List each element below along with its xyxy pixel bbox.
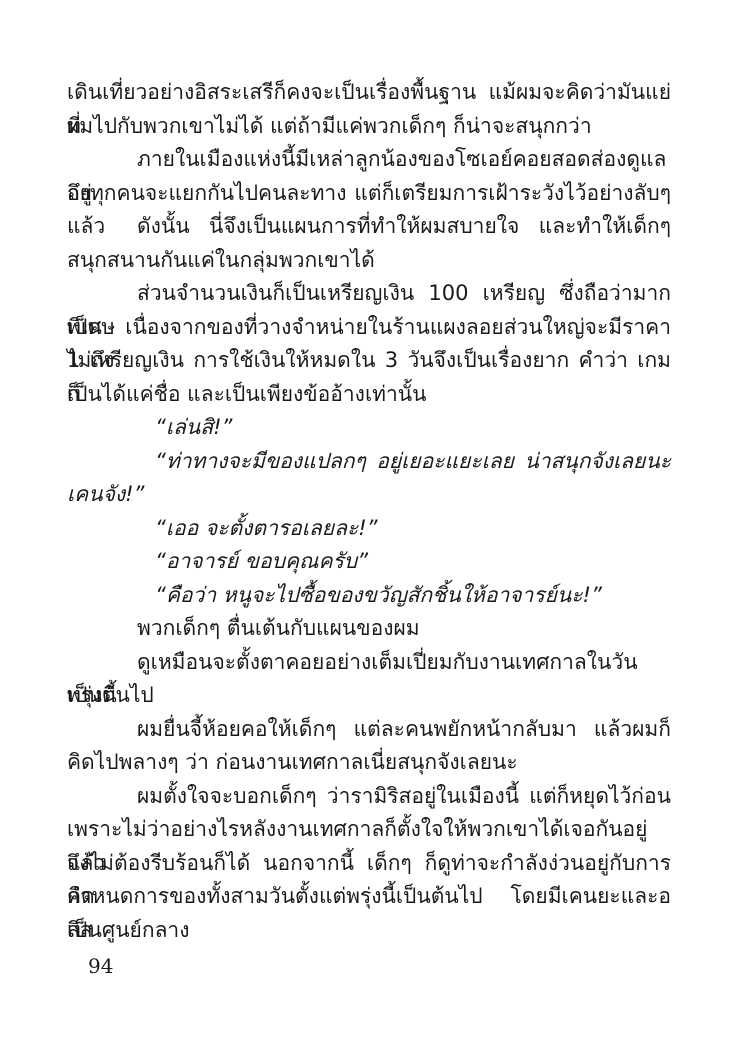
dialogue-line: “คือว่า หนูจะไปซื้อของขวัญสักชิ้นให้อาจา… bbox=[67, 579, 671, 613]
page-number: 94 bbox=[88, 954, 113, 978]
text-line: ส่วนจำนวนเงินก็เป็นเหรียญเงิน 100 เหรียญ… bbox=[67, 277, 671, 311]
dialogue-line: “เล่นสิ!” bbox=[67, 411, 671, 445]
text-line: เพราะไม่ว่าอย่างไรหลังงานเทศกาลก็ตั้งใจใ… bbox=[67, 813, 671, 847]
text-line: ภายในเมืองแห่งนี้มีเหล่าลูกน้องของโซเอย์… bbox=[67, 143, 671, 177]
dialogue-line: “เออ จะตั้งตารอเลยละ!” bbox=[67, 512, 671, 546]
text-line: 1 เหรียญเงิน การใช้เงินให้หมดใน 3 วันจึง… bbox=[67, 344, 671, 378]
text-line: เป็นศูนย์กลาง bbox=[67, 914, 671, 948]
text-line: เป็นต้นไป bbox=[67, 679, 671, 713]
text-line: ดังนั้น นี่จึงเป็นแผนการที่ทำให้ผมสบายใจ… bbox=[67, 210, 671, 244]
text-line: พวกเด็กๆ ตื่นเต้นกับแผนของผม bbox=[67, 612, 671, 646]
text-line: เดินเที่ยวอย่างอิสระเสรีก็คงจะเป็นเรื่อง… bbox=[67, 76, 671, 110]
book-page: เดินเที่ยวอย่างอิสระเสรีก็คงจะเป็นเรื่อง… bbox=[0, 0, 738, 1051]
dialogue-line: เคนจัง!” bbox=[67, 478, 671, 512]
text-line: สนุกสนานกันแค่ในกลุ่มพวกเขาได้ bbox=[67, 244, 671, 278]
text-line: ผมไปกับพวกเขาไม่ได้ แต่ถ้ามีแค่พวกเด็กๆ … bbox=[67, 110, 671, 144]
page-text: เดินเที่ยวอย่างอิสระเสรีก็คงจะเป็นเรื่อง… bbox=[67, 76, 671, 947]
text-line: กำหนดการของทั้งสามวันตั้งแต่พรุ่งนี้เป็น… bbox=[67, 880, 671, 914]
text-line: พิเศษ เนื่องจากของที่วางจำหน่ายในร้านแผง… bbox=[67, 311, 671, 345]
text-line: เป็นได้แค่ชื่อ และเป็นเพียงข้ออ้างเท่านั… bbox=[67, 378, 671, 412]
text-line: จึงไม่ต้องรีบร้อนก็ได้ นอกจากนี้ เด็กๆ ก… bbox=[67, 847, 671, 881]
text-line: คิดไปพลางๆ ว่า ก่อนงานเทศกาลเนี่ยสนุกจัง… bbox=[67, 746, 671, 780]
dialogue-line: “ท่าทางจะมีของแปลกๆ อยู่เยอะแยะเลย น่าสน… bbox=[67, 445, 671, 479]
text-line: ถึงทุกคนจะแยกกันไปคนละทาง แต่ก็เตรียมการ… bbox=[67, 177, 671, 211]
text-line: ผมตั้งใจจะบอกเด็กๆ ว่ารามิริสอยู่ในเมือง… bbox=[67, 780, 671, 814]
text-line: ดูเหมือนจะตั้งตาคอยอย่างเต็มเปี่ยมกับงาน… bbox=[67, 646, 671, 680]
dialogue-line: “อาจารย์ ขอบคุณครับ” bbox=[67, 545, 671, 579]
text-line: ผมยื่นจี้ห้อยคอให้เด็กๆ แต่ละคนพยักหน้าก… bbox=[67, 713, 671, 747]
